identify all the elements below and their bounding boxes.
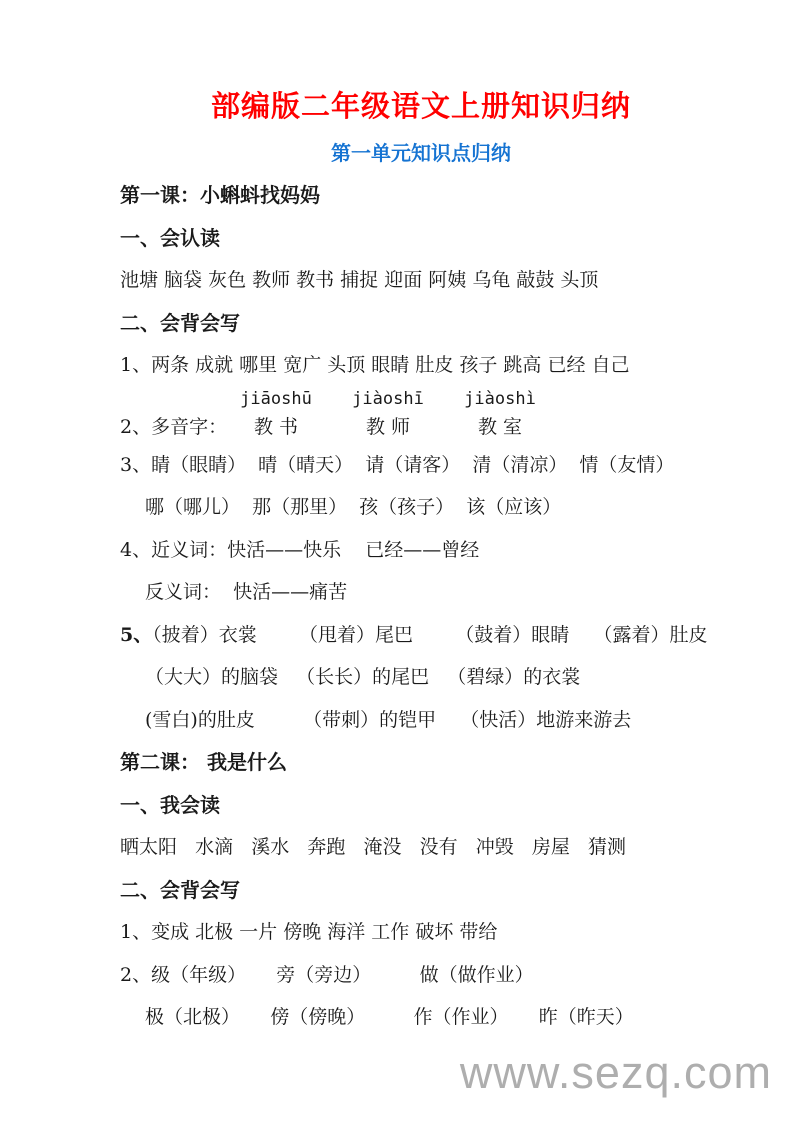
lesson-1-item-4-line-1: 4、近义词：快活——快乐 已经——曾经 [120,529,722,572]
lesson-1-read-words: 池塘 脑袋 灰色 教师 教书 捕捉 迎面 阿姨 乌龟 敲鼓 头顶 [120,259,722,302]
duoyinzi-chars: 教 师 [366,411,410,444]
unit-subtitle: 第一单元知识点归纳 [120,140,722,166]
lesson-1-item-5-line-1: 5、（披着）衣裳 （甩着）尾巴 （鼓着）眼睛 （露着）肚皮 [120,614,722,657]
duoyinzi-entry: jiāoshū 教 书 [234,387,318,444]
lesson-2-item-1: 1、变成 北极 一片 傍晚 海洋 工作 破坏 带给 [120,911,722,954]
lesson-1-item-5-line-2: （大大）的脑袋 （长长）的尾巴 （碧绿）的衣裳 [120,656,722,699]
document-page: 部编版二年级语文上册知识归纳 第一单元知识点归纳 第一课：小蝌蚪找妈妈 一、会认… [0,0,800,1131]
duoyinzi-chars: 教 书 [254,411,298,444]
duoyinzi-pinyin: jiāoshū [240,387,312,411]
duoyinzi-pinyin: jiàoshì [464,387,536,411]
lesson-2-write-heading: 二、会背会写 [120,869,722,912]
lesson-1-item-3-line-1: 3、睛（眼睛） 晴（晴天） 请（请客） 清（清凉） 情（友情） [120,444,722,487]
lesson-1-heading: 第一课：小蝌蚪找妈妈 [120,174,722,217]
duoyinzi-entry: jiàoshì 教 室 [458,387,542,444]
document-title: 部编版二年级语文上册知识归纳 [120,88,722,124]
lesson-1-item-3-line-2: 哪（哪儿） 那（那里） 孩（孩子） 该（应该） [120,486,722,529]
lesson-1-write-heading: 二、会背会写 [120,302,722,345]
lesson-2-read-words: 晒太阳 水滴 溪水 奔跑 淹没 没有 冲毁 房屋 猜测 [120,826,722,869]
lesson-1-item-4-line-2: 反义词： 快活——痛苦 [120,571,722,614]
duoyinzi-entry: jiàoshī 教 师 [346,387,430,444]
lesson-2-item-2-line-2: 极（北极） 傍（傍晚） 作（作业） 昨（昨天） [120,996,722,1039]
duoyinzi-pinyin: jiàoshī [352,387,424,411]
site-watermark: www.sezq.com [460,1050,772,1095]
lesson-2-item-2-line-1: 2、级（年级） 旁（旁边） 做（做作业） [120,954,722,997]
document-content: 部编版二年级语文上册知识归纳 第一单元知识点归纳 第一课：小蝌蚪找妈妈 一、会认… [120,0,722,1039]
duoyinzi-chars: 教 室 [478,411,522,444]
lesson-2: 第二课： 我是什么 一、我会读 晒太阳 水滴 溪水 奔跑 淹没 没有 冲毁 房屋… [120,741,722,1039]
lesson-1-item-1: 1、两条 成就 哪里 宽广 头顶 眼睛 肚皮 孩子 跳高 已经 自己 [120,344,722,387]
lesson-1-item-5-line-3: (雪白)的肚皮 （带刺）的铠甲 （快活）地游来游去 [120,699,722,742]
lesson-1-item-2-duoyinzi: 2、多音字： jiāoshū 教 书 jiàoshī 教 师 jiàoshì 教… [120,387,722,444]
item-5-number: 5、 [120,624,152,646]
lesson-1-read-heading: 一、会认读 [120,217,722,260]
lesson-2-read-heading: 一、我会读 [120,784,722,827]
lesson-2-heading: 第二课： 我是什么 [120,741,722,784]
item-5-text: （披着）衣裳 （甩着）尾巴 （鼓着）眼睛 （露着）肚皮 [152,624,707,646]
duoyinzi-label: 2、多音字： [120,411,234,444]
lesson-1: 第一课：小蝌蚪找妈妈 一、会认读 池塘 脑袋 灰色 教师 教书 捕捉 迎面 阿姨… [120,174,722,741]
